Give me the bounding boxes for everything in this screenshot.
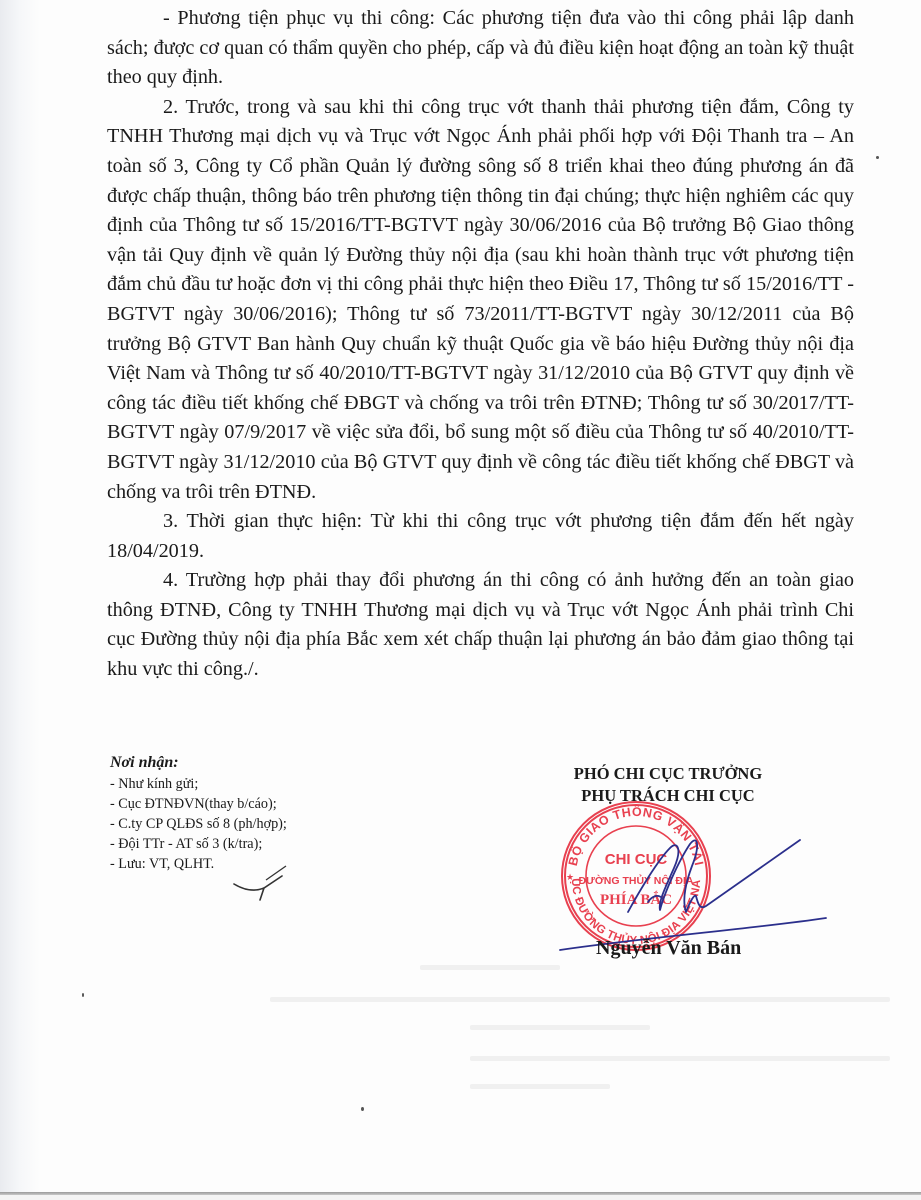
paragraph-3-timeline: 3. Thời gian thực hiện: Từ khi thi công … bbox=[107, 507, 854, 566]
signer-name: Nguyễn Văn Bán bbox=[596, 937, 741, 960]
page-shadow bbox=[0, 0, 40, 1200]
bleed-through-mark bbox=[470, 1025, 650, 1030]
recipient-item: - C.ty CP QLĐS số 8 (ph/hợp); bbox=[110, 814, 410, 834]
initial-mark-icon bbox=[230, 862, 290, 902]
bleed-through-mark bbox=[420, 965, 560, 970]
paragraph-4-changes: 4. Trường hợp phải thay đổi phương án th… bbox=[107, 566, 854, 684]
bleed-through-mark bbox=[470, 1056, 890, 1061]
bleed-through-mark bbox=[470, 1084, 610, 1089]
scan-speck bbox=[876, 156, 879, 159]
signatory-title-line1: PHÓ CHI CỤC TRƯỞNG bbox=[548, 763, 788, 785]
paragraph-vehicles: - Phương tiện phục vụ thi công: Các phươ… bbox=[107, 4, 854, 93]
paragraph-2-coordination: 2. Trước, trong và sau khi thi công trục… bbox=[107, 93, 854, 507]
recipients-block: Nơi nhận: - Như kính gửi; - Cục ĐTNĐVN(t… bbox=[110, 752, 410, 874]
recipient-item: - Đội TTr - AT số 3 (k/tra); bbox=[110, 834, 410, 854]
recipients-title: Nơi nhận: bbox=[110, 752, 410, 773]
document-body: - Phương tiện phục vụ thi công: Các phươ… bbox=[107, 4, 854, 685]
recipient-item: - Cục ĐTNĐVN(thay b/cáo); bbox=[110, 794, 410, 814]
scanner-bed bbox=[0, 1195, 921, 1200]
scan-speck bbox=[361, 1107, 364, 1111]
scan-speck bbox=[82, 993, 84, 997]
recipient-item: - Như kính gửi; bbox=[110, 774, 410, 794]
bleed-through-mark bbox=[270, 997, 890, 1002]
